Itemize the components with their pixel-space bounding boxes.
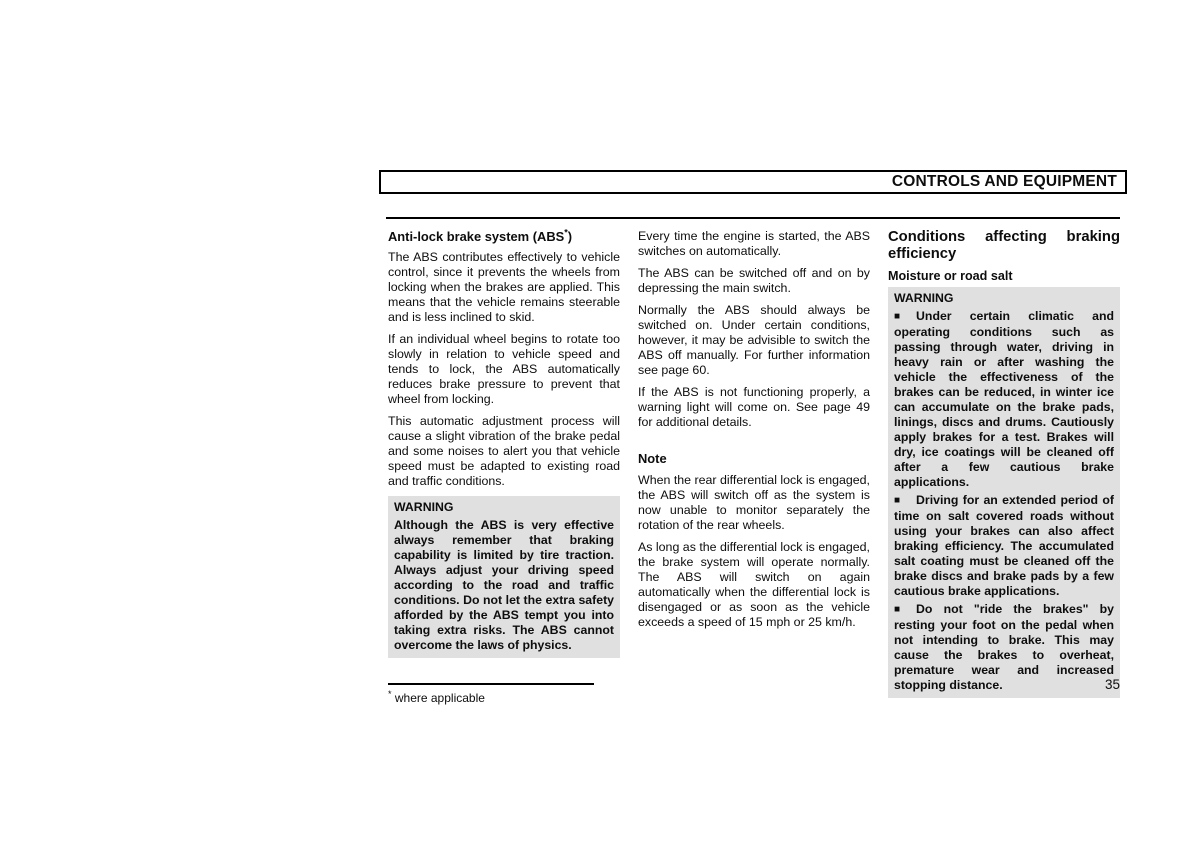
warning-title: WARNING: [394, 500, 614, 515]
footnote-marker: *: [388, 689, 392, 699]
bullet-square-icon: ■: [894, 602, 900, 617]
switching-paragraph: Normally the ABS should always be switch…: [638, 303, 870, 378]
warning-bullet-item: ■Driving for an extended period of time …: [894, 493, 1114, 599]
bullet-square-icon: ■: [894, 493, 900, 508]
footnote: * where applicable: [388, 691, 620, 706]
conditions-heading: Conditions affecting braking efficiency: [888, 229, 1120, 263]
abs-paragraph: This automatic adjustment process will c…: [388, 414, 620, 489]
abs-section-heading: Anti-lock brake system (ABS*): [388, 229, 620, 244]
header-rule: [386, 217, 1120, 219]
warning-title: WARNING: [894, 291, 1114, 306]
switching-paragraph: If the ABS is not functioning properly, …: [638, 385, 870, 430]
abs-paragraph: The ABS contributes effectively to vehic…: [388, 250, 620, 325]
column-abs: Anti-lock brake system (ABS*) The ABS co…: [388, 229, 620, 706]
note-paragraph: When the rear differential lock is engag…: [638, 473, 870, 533]
note-paragraph: As long as the differential lock is enga…: [638, 540, 870, 630]
warning-bullet-text: Driving for an extended period of time o…: [894, 493, 1114, 598]
abs-warning-box: WARNING Although the ABS is very effecti…: [388, 496, 620, 658]
note-heading: Note: [638, 451, 870, 466]
warning-body: Although the ABS is very effective alway…: [394, 518, 614, 653]
manual-page: CONTROLS AND EQUIPMENT Anti-lock brake s…: [0, 0, 1200, 848]
abs-paragraph: If an individual wheel begins to rotate …: [388, 332, 620, 407]
moisture-subheading: Moisture or road salt: [888, 269, 1120, 284]
page-number: 35: [1078, 677, 1120, 692]
abs-heading-close: ): [568, 229, 572, 244]
column-conditions: Conditions affecting braking efficiency …: [888, 229, 1120, 698]
abs-heading-text: Anti-lock brake system (ABS: [388, 229, 564, 244]
switching-paragraph: The ABS can be switched off and on by de…: [638, 266, 870, 296]
switching-paragraph: Every time the engine is started, the AB…: [638, 229, 870, 259]
footnote-text: where applicable: [395, 691, 485, 705]
page-header-box: CONTROLS AND EQUIPMENT: [379, 170, 1127, 194]
page-header-title: CONTROLS AND EQUIPMENT: [892, 173, 1117, 191]
warning-bullet-item: ■Under certain climatic and operating co…: [894, 309, 1114, 490]
conditions-warning-box: WARNING ■Under certain climatic and oper…: [888, 287, 1120, 698]
bullet-square-icon: ■: [894, 309, 900, 324]
column-switching: Every time the engine is started, the AB…: [638, 229, 870, 637]
warning-bullet-text: Under certain climatic and operating con…: [894, 309, 1114, 489]
footnote-rule: [388, 683, 594, 685]
